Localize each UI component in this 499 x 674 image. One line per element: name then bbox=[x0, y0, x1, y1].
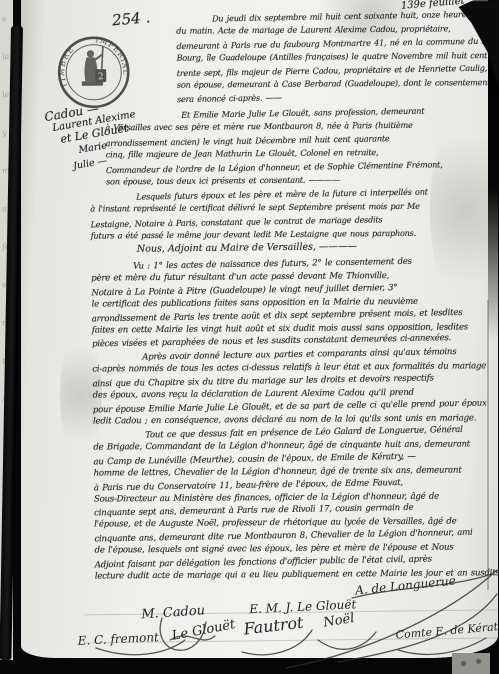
scanned-marriage-record: slaleymaféeryt/4- 254 . 139e feuillet TI… bbox=[0, 0, 499, 674]
body-paragraph-3: Lesquels futurs époux et les père et mèr… bbox=[90, 185, 495, 244]
signature-groom-cadou: M. Cadou bbox=[141, 603, 206, 622]
signature-noel: Noël bbox=[322, 611, 355, 631]
page-content: 254 . 139e feuillet TIMBRE IMPERIAL bbox=[21, 0, 498, 658]
body-paragraph-6: Tout ce que dessus fait en présence de L… bbox=[93, 424, 498, 584]
folio-number: 254 . bbox=[111, 8, 151, 29]
officiant-heading: Nous, Adjoint au Maire de Versailles, ——… bbox=[137, 241, 357, 255]
scanner-artifact bbox=[452, 653, 490, 674]
page-edge-line bbox=[487, 300, 489, 590]
handwritten-line: futurs a été passé le même jour devant l… bbox=[91, 226, 495, 243]
document-page: 254 . 139e feuillet TIMBRE IMPERIAL bbox=[21, 0, 498, 658]
body-paragraph-4: Vu : 1° les actes de naissance des futur… bbox=[91, 255, 496, 350]
body-paragraph-2: Et Emilie Marie Julie Le Glouët, sans pr… bbox=[105, 104, 496, 189]
body-paragraph-5: Après avoir donné lecture aux parties et… bbox=[92, 346, 497, 428]
signature-fremont: E. C. fremont bbox=[77, 630, 159, 648]
body-paragraph-1: Du jeudi dix septembre mil huit cent soi… bbox=[176, 8, 493, 106]
stamp-denomination: 2 bbox=[98, 72, 104, 82]
signature-fautrot: Fautrot bbox=[243, 613, 305, 639]
